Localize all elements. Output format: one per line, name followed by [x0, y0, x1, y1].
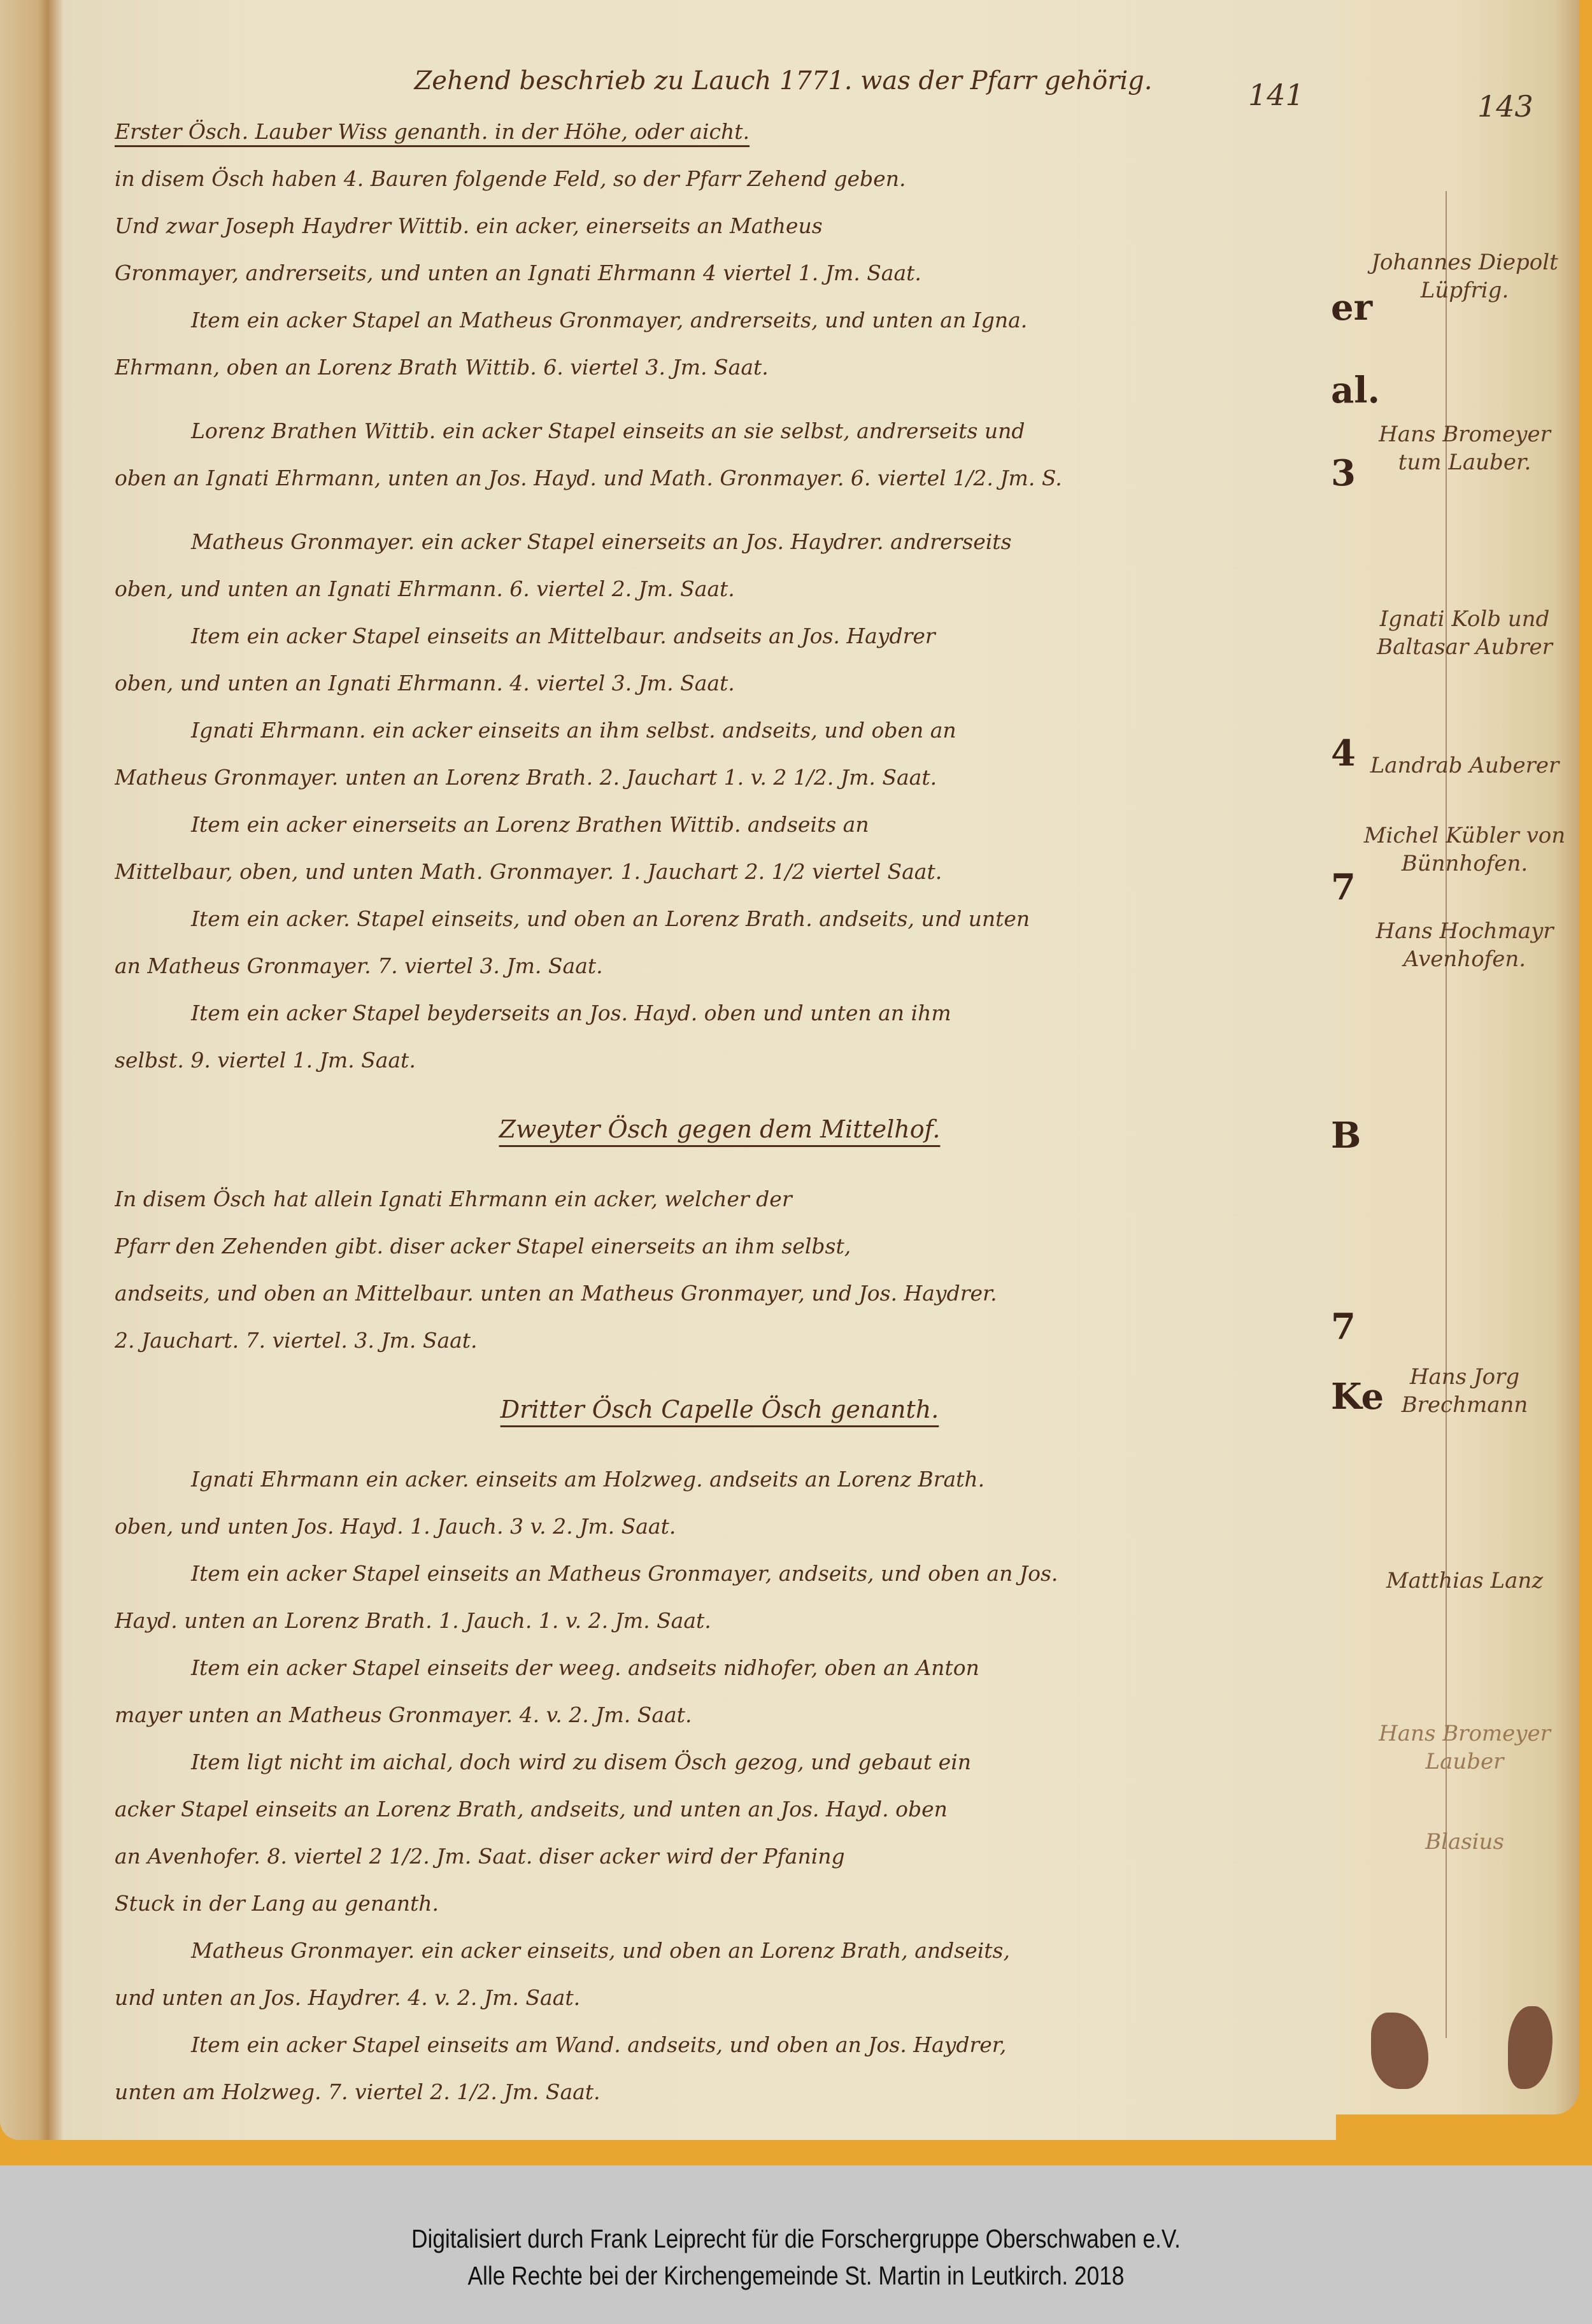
caption-line-2: Alle Rechte bei der Kirchengemeinde St. … [111, 2261, 1481, 2291]
text-line: Stuck in der Lang au genanth. [115, 1880, 1325, 1927]
section-heading: Zweyter Ösch gegen dem Mittelhof. [115, 1106, 1325, 1153]
text-line: in disem Ösch haben 4. Bauren folgende F… [115, 155, 1325, 203]
text-line: mayer unten an Matheus Gronmayer. 4. v. … [115, 1692, 1325, 1739]
edge-mark: 7 [1331, 866, 1356, 908]
text-line: an Matheus Gronmayer. 7. viertel 3. Jm. … [115, 943, 1325, 990]
page-number-right: 143 [1477, 89, 1533, 124]
text-line: Hayd. unten an Lorenz Brath. 1. Jauch. 1… [115, 1597, 1325, 1644]
text-line: Item ein acker. Stapel einseits, und obe… [115, 895, 1325, 943]
caption-strip: Digitalisiert durch Frank Leiprecht für … [0, 2165, 1592, 2324]
text-line: Lorenz Brathen Wittib. ein acker Stapel … [115, 408, 1325, 455]
section-heading: Erster Ösch. Lauber Wiss genanth. in der… [115, 108, 1325, 155]
text-line: Und zwar Joseph Haydrer Wittib. ein acke… [115, 203, 1325, 250]
text-line: oben, und unten an Ignati Ehrmann. 4. vi… [115, 660, 1325, 707]
edge-mark: 3 [1331, 452, 1356, 494]
section-heading: Dritter Ösch Capelle Ösch genanth. [115, 1386, 1325, 1433]
caption-line-1: Digitalisiert durch Frank Leiprecht für … [111, 2224, 1481, 2254]
margin-note: Hans Bromeyer Lauber [1360, 1720, 1570, 1776]
text-line: Matheus Gronmayer. ein acker einseits, u… [115, 1927, 1325, 1974]
text-line: selbst. 9. viertel 1. Jm. Saat. [115, 1037, 1325, 1084]
text-line: Item ein acker Stapel an Matheus Gronmay… [115, 297, 1325, 344]
margin-note: Hans Hochmayr Avenhofen. [1360, 917, 1570, 973]
ink-stain [1371, 2013, 1428, 2089]
margin-note: Blasius [1360, 1828, 1570, 1856]
edge-mark: 7 [1331, 1306, 1356, 1348]
text-line: Ehrmann, oben an Lorenz Brath Wittib. 6.… [115, 344, 1325, 391]
text-line: Ignati Ehrmann. ein acker einseits an ih… [115, 707, 1325, 754]
margin-note: Hans Bromeyer tum Lauber. [1360, 420, 1570, 476]
margin-note: Michel Kübler von Bünnhofen. [1360, 822, 1570, 878]
text-line: Matheus Gronmayer. ein acker Stapel eine… [115, 518, 1325, 566]
text-line: Ignati Ehrmann ein acker. einseits am Ho… [115, 1456, 1325, 1503]
text-line: Item ein acker Stapel einseits an Matheu… [115, 1550, 1325, 1597]
manuscript-scan: 143 Johannes Diepolt Lüpfrig. Hans Brome… [0, 0, 1592, 2165]
text-line: In disem Ösch hat allein Ignati Ehrmann … [115, 1176, 1325, 1223]
text-line: Item ein acker Stapel einseits der weeg.… [115, 1644, 1325, 1692]
section-heading-text: Zweyter Ösch gegen dem Mittelhof. [499, 1115, 941, 1143]
margin-note: Johannes Diepolt Lüpfrig. [1360, 248, 1570, 304]
margin-note: Hans Jorg Brechmann [1360, 1363, 1570, 1419]
text-line: Item ligt nicht im aichal, doch wird zu … [115, 1739, 1325, 1786]
text-line: acker Stapel einseits an Lorenz Brath, a… [115, 1786, 1325, 1833]
margin-note: Matthias Lanz [1360, 1567, 1570, 1595]
text-line: an Avenhofer. 8. viertel 2 1/2. Jm. Saat… [115, 1833, 1325, 1880]
document-title: Zehend beschrieb zu Lauch 1771. was der … [115, 57, 1325, 104]
text-line: Mittelbaur, oben, und unten Math. Gronma… [115, 848, 1325, 895]
text-line: unten am Holzweg. 7. viertel 2. 1/2. Jm.… [115, 2069, 1325, 2116]
text-line: andseits, und oben an Mittelbaur. unten … [115, 1270, 1325, 1317]
edge-mark: er [1331, 287, 1372, 329]
text-line: 2. Jauchart. 7. viertel. 3. Jm. Saat. [115, 1317, 1325, 1364]
edge-mark: 4 [1331, 732, 1356, 774]
text-line: oben, und unten an Ignati Ehrmann. 6. vi… [115, 566, 1325, 613]
text-line: Item ein acker Stapel beyderseits an Jos… [115, 990, 1325, 1037]
ink-stain [1508, 2006, 1553, 2089]
text-line: und unten an Jos. Haydrer. 4. v. 2. Jm. … [115, 1974, 1325, 2021]
text-line: Matheus Gronmayer. unten an Lorenz Brath… [115, 754, 1325, 801]
margin-note: Ignati Kolb und Baltasar Aubrer [1360, 605, 1570, 661]
edge-mark: al. [1331, 369, 1380, 411]
text-line: oben an Ignati Ehrmann, unten an Jos. Ha… [115, 455, 1325, 502]
manuscript-text: Zehend beschrieb zu Lauch 1771. was der … [115, 57, 1325, 2116]
edge-mark: Ke [1331, 1376, 1384, 1418]
text-line: Item ein acker einerseits an Lorenz Brat… [115, 801, 1325, 848]
text-line: Item ein acker Stapel einseits am Wand. … [115, 2021, 1325, 2069]
margin-note: Landrab Auberer [1360, 752, 1570, 780]
text-line: Pfarr den Zehenden gibt. diser acker Sta… [115, 1223, 1325, 1270]
text-line: oben, und unten Jos. Hayd. 1. Jauch. 3 v… [115, 1503, 1325, 1550]
text-line: Item ein acker Stapel einseits an Mittel… [115, 613, 1325, 660]
text-line: Gronmayer, andrerseits, und unten an Ign… [115, 250, 1325, 297]
section-heading-text: Dritter Ösch Capelle Ösch genanth. [501, 1395, 939, 1423]
edge-mark: B [1331, 1115, 1361, 1157]
